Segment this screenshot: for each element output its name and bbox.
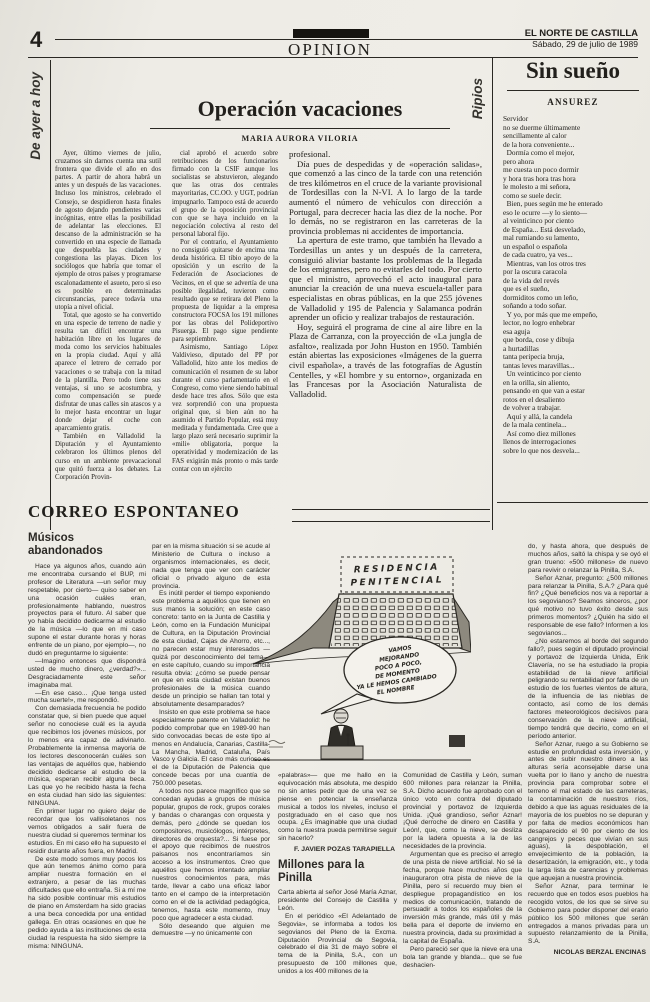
paper-name: EL NORTE DE CASTILLA [525,28,638,39]
cartoon-drawing: RESIDENCIA PENITENCIAL VAMOS MEJORANDO P… [253,552,471,762]
correo-heading: CORREO ESPONTANEO [28,502,240,522]
issue-date: Sábado, 29 de julio de 1989 [525,39,638,49]
cartoon-podium [321,746,363,759]
sin-sueno-title: Sin sueño [499,58,647,84]
cartoon-microphone-head [346,733,349,736]
letter1-col1-text: Hace ya algunos años, cuando aún me enco… [28,563,146,950]
main-article-byline: MARIA AURORA VILORIA [150,134,450,143]
sin-sueno-byline: ANSUREZ [499,97,647,107]
cartoon-bubble-tail [321,694,373,714]
editorial-cartoon: RESIDENCIA PENITENCIAL VAMOS MEJORANDO P… [253,552,471,762]
letter1-col3-text: «palabras»— que me hallo en la equivocac… [278,772,397,843]
main-article-header: Operación vacaciones MARIA AURORA VILORI… [150,96,450,143]
letter2-heading: Millones para la Pinilla [278,859,397,884]
sin-sueno-bottom-rule [497,502,648,503]
left-rail-rule [50,60,51,530]
cartoon-hill-left [253,594,343,664]
sin-sueno-rule [507,90,639,91]
section-bar [293,29,369,38]
letter2-col4-text: Comunidad de Castilla y León, suman 600 … [403,772,522,970]
correo-column-3: «palabras»— que me hallo en la equivocac… [278,772,397,1002]
main-article-title: Operación vacaciones [150,96,450,129]
article-column-2: cial aprobó el acuerdo sobre retribucion… [172,150,278,530]
left-rail-label: De ayer a hoy [28,72,43,160]
newspaper-page: 4 OPINION EL NORTE DE CASTILLA Sábado, 2… [0,0,650,1002]
cartoon-stamp [449,735,465,747]
cartoon-speaker-head [334,709,348,723]
page-number: 4 [30,29,42,51]
correo-rule-2 [292,521,490,522]
letter2-col3-text: Carta abierta al señor José María Aznar,… [278,889,397,976]
correo-rule-1 [292,509,490,510]
correo-column-5: do, y hasta ahora, que después de muchos… [528,543,648,1002]
letter1-signature: F. JAVIER POZAS TARAPIELLA [280,846,395,854]
right-rail-label: Ripios [470,78,485,119]
main-article-body: Ayer, último viernes de julio, cruzamos … [55,150,492,530]
sin-sueno-poem: Servidor no se duerme últimamente sencil… [499,115,647,455]
article-column-1: Ayer, último viernes de julio, cruzamos … [55,150,161,530]
correo-column-1: Músicos abandonados Hace ya algunos años… [28,532,146,1002]
letter1-heading: Músicos abandonados [28,532,146,557]
article-column-3: profesional.Día pues de despedidas y de … [289,150,482,530]
cartoon-sign-line1: RESIDENCIA [354,563,440,576]
masthead: EL NORTE DE CASTILLA Sábado, 29 de julio… [525,28,638,49]
letter2-signature: NICOLAS BERZAL ENCINAS [530,949,646,957]
right-rail-rule [492,58,493,530]
cartoon-artist-signature [269,741,285,748]
correo-column-4: Comunidad de Castilla y León, suman 600 … [403,772,522,1002]
cartoon-sign-line2: PENITENCIAL [350,575,444,588]
letter2-col5-text: do, y hasta ahora, que después de muchos… [528,543,648,946]
sin-sueno-column: Sin sueño ANSUREZ Servidor no se duerme … [499,58,647,455]
